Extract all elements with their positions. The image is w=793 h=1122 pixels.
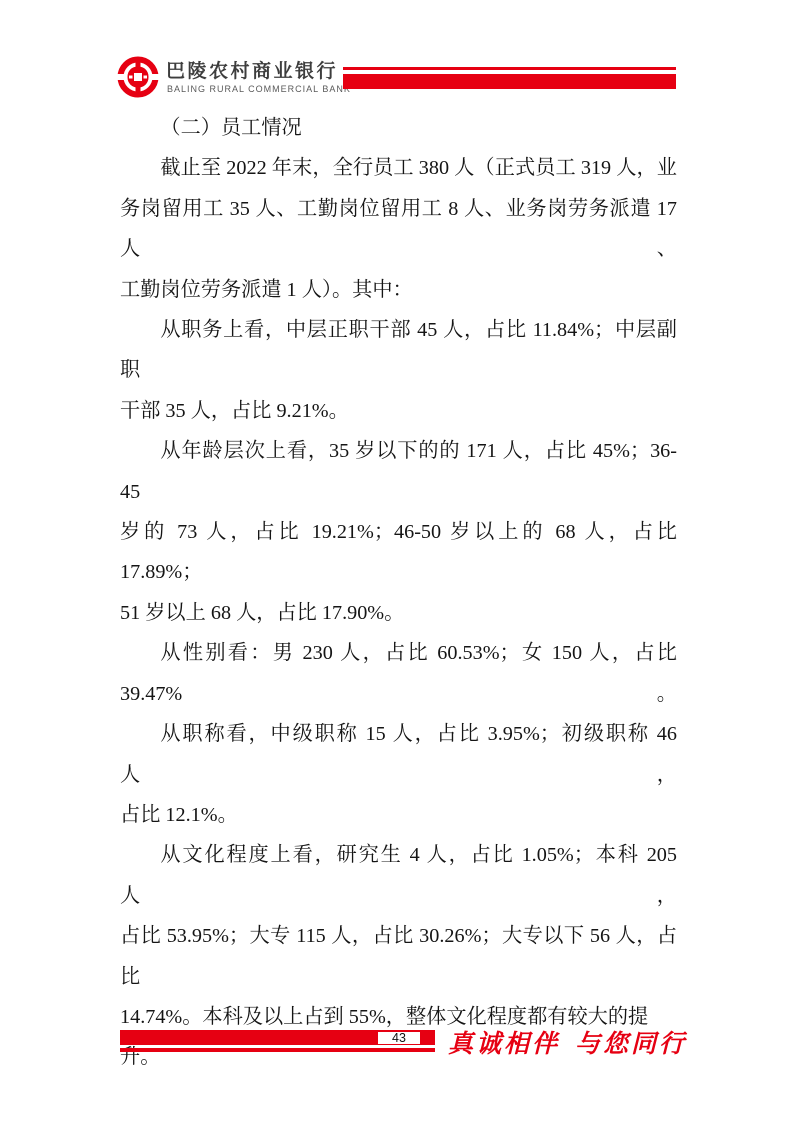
body-line: 从职称看，中级职称 15 人，占比 3.95%；初级职称 46 人， [120, 714, 677, 795]
body-line: 从文化程度上看，研究生 4 人，占比 1.05%；本科 205 人， [120, 835, 677, 916]
bank-name-english: BALING RURAL COMMERCIAL BANK [167, 84, 347, 94]
body-line: 从年龄层次上看，35 岁以下的的 171 人，占比 45%；36-45 [120, 431, 677, 512]
body-line: 工勤岗位劳务派遣 1 人）。其中： [120, 270, 677, 310]
footer-slogan-part1: 真诚相伴 [448, 1024, 560, 1060]
footer-slogan: 真诚相伴 与您同行 [448, 1022, 693, 1062]
header-red-bar [343, 74, 676, 89]
body-line: 务岗留用工 35 人、工勤岗位留用工 8 人、业务岗劳务派遣 17 人、 [120, 189, 677, 270]
bank-name-chinese: 巴陵农村商业银行 [166, 56, 346, 83]
body-line: 岁的 73 人，占比 19.21%；46-50 岁以上的 68 人，占比 17.… [120, 512, 677, 593]
body-line: 占比 53.95%；大专 115 人，占比 30.26%；大专以下 56 人，占… [120, 916, 677, 997]
footer-thin-rule [120, 1048, 435, 1052]
body-line: 占比 12.1%。 [120, 795, 677, 835]
body-line: 截止至 2022 年末，全行员工 380 人（正式员工 319 人，业 [120, 148, 677, 188]
header-thin-rule [343, 67, 676, 70]
body-line: 从职务上看，中层正职干部 45 人，占比 11.84%；中层副职 [120, 310, 677, 391]
body-line: 干部 35 人，占比 9.21%。 [120, 391, 677, 431]
document-page: 巴陵农村商业银行 BALING RURAL COMMERCIAL BANK （二… [0, 0, 793, 1122]
document-body: （二）员工情况 截止至 2022 年末，全行员工 380 人（正式员工 319 … [120, 108, 677, 1078]
body-line: 51 岁以上 68 人，占比 17.90%。 [120, 593, 677, 633]
bank-logo-icon [115, 54, 161, 100]
page-number: 43 [378, 1032, 420, 1044]
body-line: 从性别看：男 230 人，占比 60.53%；女 150 人，占比 39.47%… [120, 633, 677, 714]
section-heading: （二）员工情况 [120, 108, 677, 148]
footer-slogan-part2: 与您同行 [575, 1024, 687, 1060]
